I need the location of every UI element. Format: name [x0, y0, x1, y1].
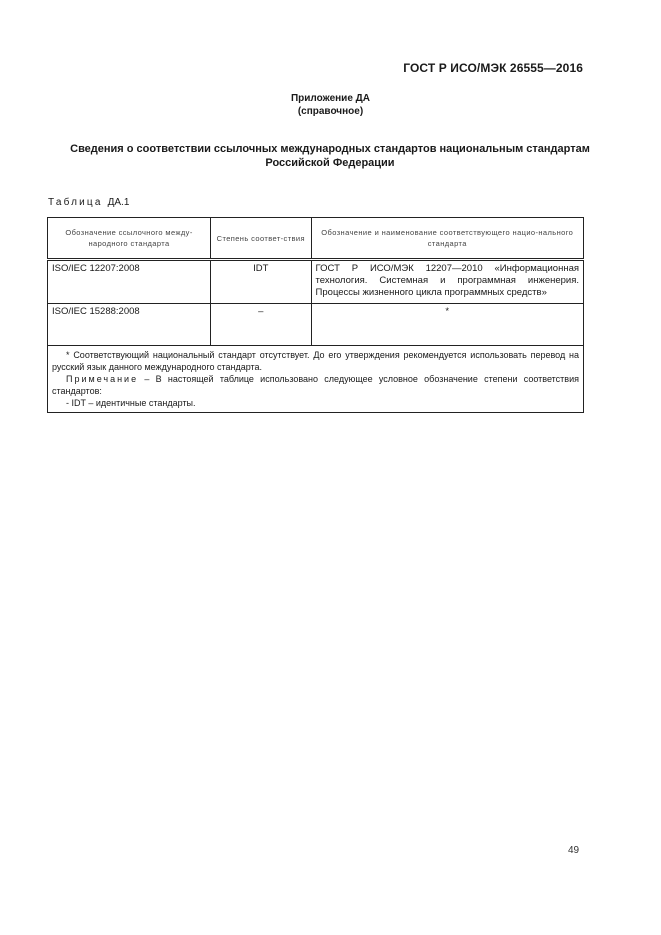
note-paragraph: Примечание – В настоящей таблице использ… — [52, 373, 579, 397]
cell-intl-standard: ISO/IEC 15288:2008 — [48, 304, 211, 346]
table-caption-number: ДА.1 — [108, 197, 130, 208]
table-footnote-row: * Соответствующий национальный стандарт … — [48, 346, 584, 413]
note-label: Примечание — [66, 374, 138, 384]
header-intl-standard: Обозначение ссылочного между-народного с… — [48, 218, 211, 260]
section-heading-line2: Российской Федерации — [40, 156, 620, 170]
appendix-title: Приложение ДА — [0, 92, 661, 105]
appendix-subtitle: (справочное) — [0, 105, 661, 118]
table-caption-word: Таблица — [48, 197, 103, 208]
document-code: ГОСТ Р ИСО/МЭК 26555—2016 — [403, 61, 583, 75]
section-heading: Сведения о соответствии ссылочных междун… — [40, 142, 620, 170]
table-footnote: * Соответствующий национальный стандарт … — [48, 346, 584, 413]
table-row: ISO/IEC 15288:2008 – * — [48, 304, 584, 346]
legend-item: - IDT – идентичные стандарты. — [52, 397, 579, 409]
cell-degree: – — [211, 304, 311, 346]
table-header-row: Обозначение ссылочного между-народного с… — [48, 218, 584, 260]
section-heading-line1: Сведения о соответствии ссылочных междун… — [40, 142, 620, 156]
cell-national-standard: * — [311, 304, 583, 346]
cell-intl-standard: ISO/IEC 12207:2008 — [48, 260, 211, 304]
footnote-text: * Соответствующий национальный стандарт … — [52, 349, 579, 373]
cell-degree: IDT — [211, 260, 311, 304]
header-national-standard: Обозначение и наименование соответствующ… — [311, 218, 583, 260]
cell-national-standard: ГОСТ Р ИСО/МЭК 12207—2010 «Информационна… — [311, 260, 583, 304]
header-degree: Степень соответ-ствия — [211, 218, 311, 260]
standards-table: Обозначение ссылочного между-народного с… — [47, 217, 584, 413]
table-caption: Таблица ДА.1 — [48, 197, 129, 208]
appendix-heading: Приложение ДА (справочное) — [0, 92, 661, 118]
page-number: 49 — [568, 845, 579, 856]
table-row: ISO/IEC 12207:2008 IDT ГОСТ Р ИСО/МЭК 12… — [48, 260, 584, 304]
